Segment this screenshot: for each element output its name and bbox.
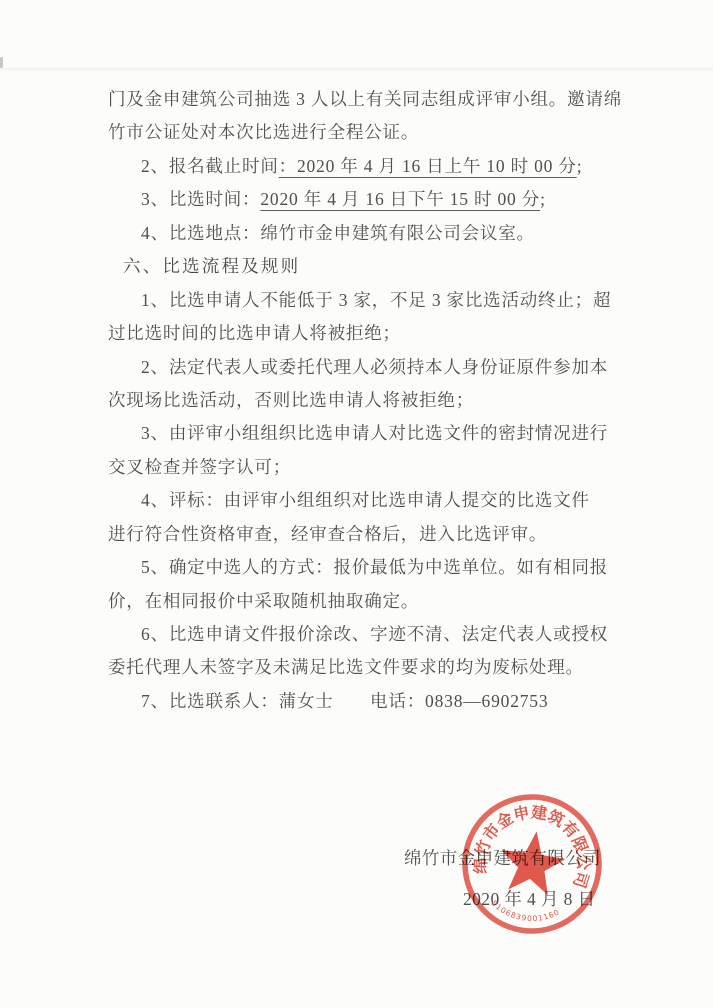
text-segment: 价，在相同报价中采取随机抽取确定。	[108, 591, 419, 611]
scanned-document-page: 门及金申建筑公司抽选 3 人以上有关同志组成评审小组。邀请绵竹市公证处对本次比选…	[0, 0, 713, 1008]
text-line: 5、确定中选人的方式：报价最低为中选单位。如有相同报	[108, 551, 628, 584]
text-line: 竹市公证处对本次比选进行全程公证。	[108, 116, 628, 149]
seal-ring-text-curve: 绵竹市金申建筑有限公司	[469, 796, 602, 891]
text-segment: 7、比选联系人：蒲女士 电话：0838—6902753	[141, 691, 548, 711]
text-segment: 4、评标：由评审小组组织对比选申请人提交的比选文件	[141, 490, 590, 510]
text-segment: ;	[577, 156, 583, 176]
text-line: 六、比选流程及规则	[108, 250, 628, 283]
text-line: 6、比选申请文件报价涂改、字迹不清、法定代表人或授权	[108, 618, 628, 651]
text-segment: 门及金申建筑公司抽选 3 人以上有关同志组成评审小组。邀请绵	[108, 89, 622, 109]
signature-company-name: 绵竹市金申建筑有限公司	[404, 845, 601, 870]
text-line: 价，在相同报价中采取随机抽取确定。	[108, 585, 628, 618]
text-line: 交叉检查并签字认可；	[108, 451, 628, 484]
scan-fold-artifact	[0, 68, 713, 71]
text-line: 7、比选联系人：蒲女士 电话：0838—6902753	[108, 685, 628, 718]
text-segment: 进行符合性资格审查，经审查合格后，进入比选评审。	[108, 524, 547, 544]
text-line: 进行符合性资格审查，经审查合格后，进入比选评审。	[108, 518, 628, 551]
text-segment: 1、比选申请人不能低于 3 家，不足 3 家比选活动终止；超	[141, 290, 611, 310]
text-segment: 2、报名截止时间	[141, 156, 279, 176]
text-segment: 六、比选流程及规则	[123, 256, 300, 276]
seal-company-name-text: 绵竹市金申建筑有限公司	[469, 796, 602, 891]
text-line: 2、报名截止时间：2020 年 4 月 16 日上午 10 时 00 分;	[108, 150, 628, 183]
text-line: 2、法定代表人或委托代理人必须持本人身份证原件参加本	[108, 351, 628, 384]
text-segment: 次现场比选活动，否则比选申请人将被拒绝；	[108, 390, 474, 410]
text-line: 4、评标：由评审小组组织对比选申请人提交的比选文件	[108, 484, 628, 517]
text-segment: 2、法定代表人或委托代理人必须持本人身份证原件参加本	[141, 357, 608, 377]
text-line: 3、比选时间：2020 年 4 月 16 日下午 15 时 00 分;	[108, 183, 628, 216]
text-line: 次现场比选活动，否则比选申请人将被拒绝；	[108, 384, 628, 417]
text-segment: 3、比选时间：	[141, 189, 260, 209]
document-body: 门及金申建筑公司抽选 3 人以上有关同志组成评审小组。邀请绵竹市公证处对本次比选…	[108, 83, 628, 718]
text-line: 委托代理人未签字及未满足比选文件要求的均为废标处理。	[108, 651, 628, 684]
text-line: 过比选时间的比选申请人将被拒绝；	[108, 317, 628, 350]
text-segment: 委托代理人未签字及未满足比选文件要求的均为废标处理。	[108, 657, 584, 677]
signature-date: 2020 年 4 月 8 日	[463, 886, 595, 911]
text-segment: 4、比选地点：绵竹市金申建筑有限公司会议室。	[141, 223, 535, 243]
text-segment: 3、由评审小组组织比选申请人对比选文件的密封情况进行	[141, 423, 608, 443]
scan-edge-artifact	[0, 57, 3, 68]
text-line: 3、由评审小组组织比选申请人对比选文件的密封情况进行	[108, 417, 628, 450]
text-segment: 交叉检查并签字认可；	[108, 457, 291, 477]
text-line: 门及金申建筑公司抽选 3 人以上有关同志组成评审小组。邀请绵	[108, 83, 628, 116]
underlined-text-segment: ：2020 年 4 月 16 日上午 10 时 00 分	[279, 156, 577, 176]
text-segment: ;	[540, 189, 546, 209]
text-segment: 过比选时间的比选申请人将被拒绝；	[108, 323, 401, 343]
text-line: 4、比选地点：绵竹市金申建筑有限公司会议室。	[108, 217, 628, 250]
text-segment: 竹市公证处对本次比选进行全程公证。	[108, 122, 419, 142]
text-segment: 6、比选申请文件报价涂改、字迹不清、法定代表人或授权	[141, 624, 608, 644]
text-line: 1、比选申请人不能低于 3 家，不足 3 家比选活动终止；超	[108, 284, 628, 317]
underlined-text-segment: 2020 年 4 月 16 日下午 15 时 00 分	[260, 189, 540, 209]
text-segment: 5、确定中选人的方式：报价最低为中选单位。如有相同报	[141, 557, 608, 577]
